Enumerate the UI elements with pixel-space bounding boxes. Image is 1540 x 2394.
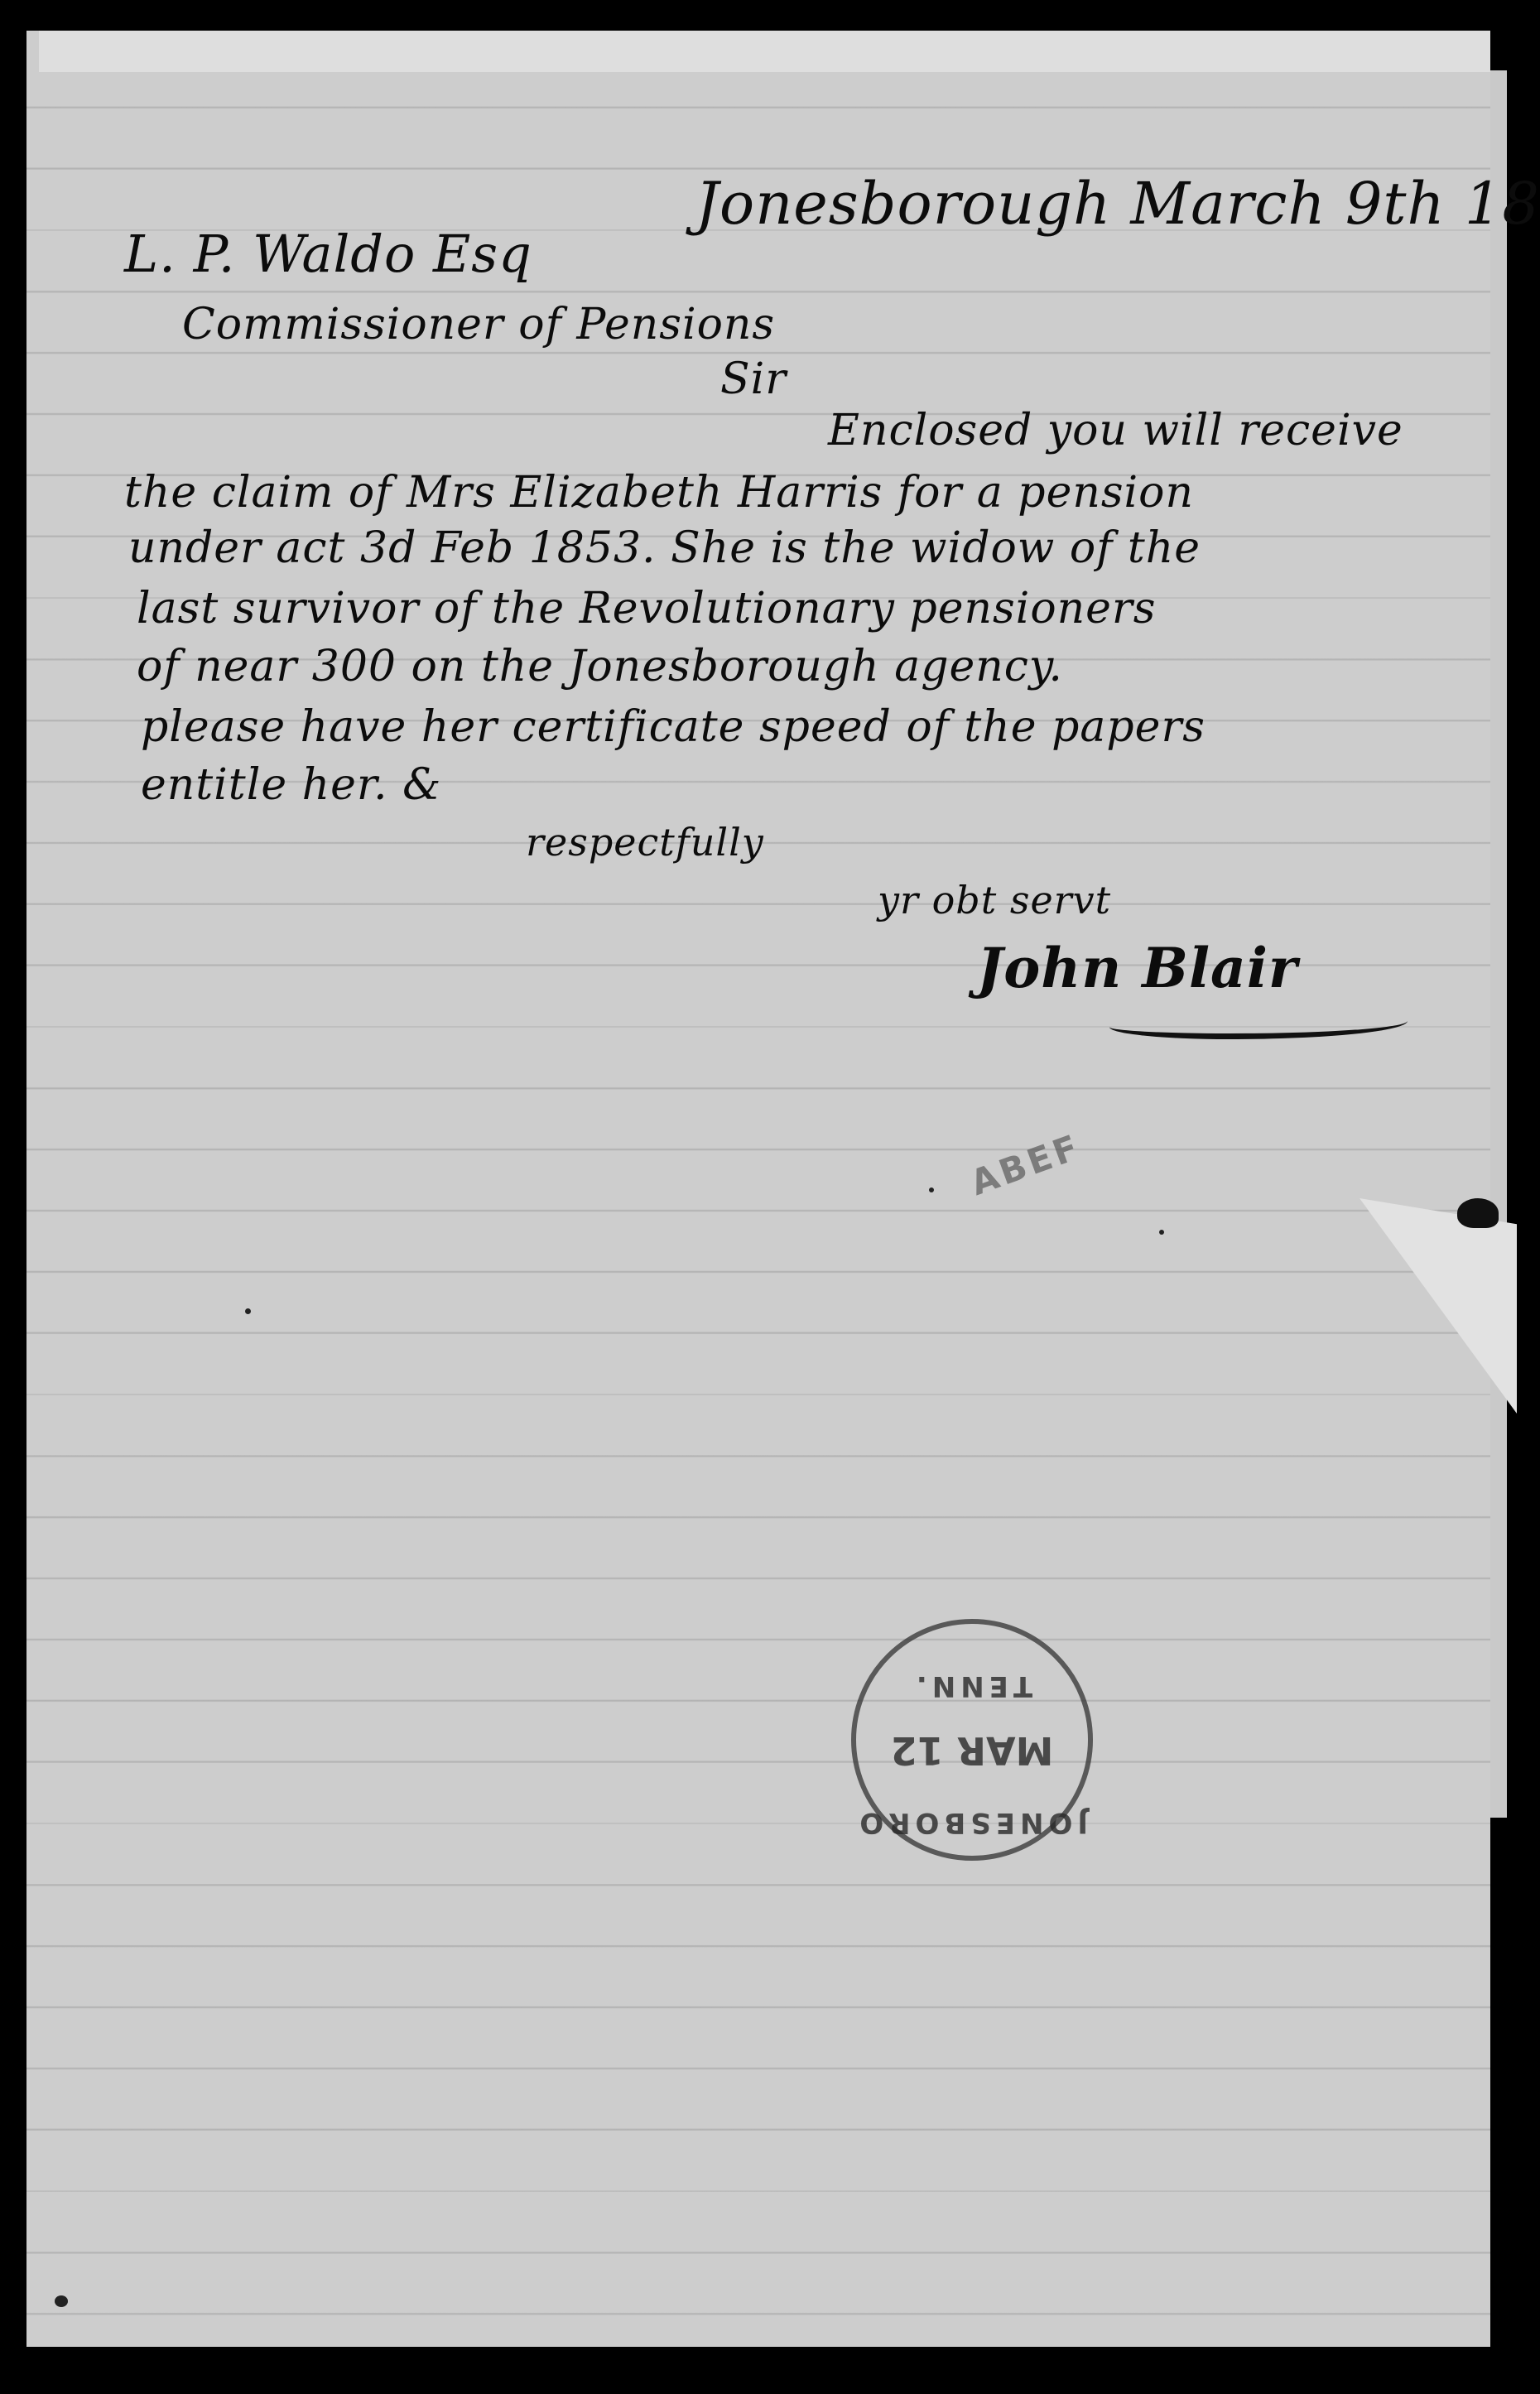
postmark-town: JONESBORO [856, 1806, 1088, 1839]
body-line-3: under act 3d Feb 1853. She is the widow … [128, 523, 1201, 573]
postmark-state: TENN. [856, 1669, 1088, 1703]
body-line-5: of near 300 on the Jonesborough agency. [137, 642, 1063, 691]
ink-speck [55, 2295, 68, 2307]
salutation: Sir [720, 354, 787, 404]
body-line-6: please have her certificate speed of the… [141, 702, 1206, 752]
paper-top-strip [39, 31, 1490, 72]
body-line-7: entitle her. & [141, 760, 441, 810]
body-line-1: Enclosed you will receive [828, 406, 1403, 455]
ink-speck [929, 1187, 934, 1192]
ink-speck [245, 1308, 251, 1314]
ink-blot [1457, 1198, 1499, 1228]
place-date-line: Jonesborough March 9th 1855 [695, 170, 1540, 238]
body-line-4: last survivor of the Revolutionary pensi… [137, 584, 1156, 633]
folded-corner-tab [1360, 1198, 1517, 1414]
postmark-date: MAR 12 [856, 1728, 1088, 1773]
ink-speck [1159, 1230, 1164, 1235]
addressee-name: L. P. Waldo Esq [124, 224, 532, 284]
closing-servant-line: yr obt servt [878, 878, 1111, 922]
circular-postmark: JONESBORO MAR 12 TENN. [851, 1619, 1093, 1861]
closing-respectfully: respectfully [526, 820, 764, 865]
signature: John Blair [977, 936, 1298, 1000]
body-line-2: the claim of Mrs Elizabeth Harris for a … [124, 468, 1194, 518]
addressee-title: Commissioner of Pensions [182, 300, 775, 349]
